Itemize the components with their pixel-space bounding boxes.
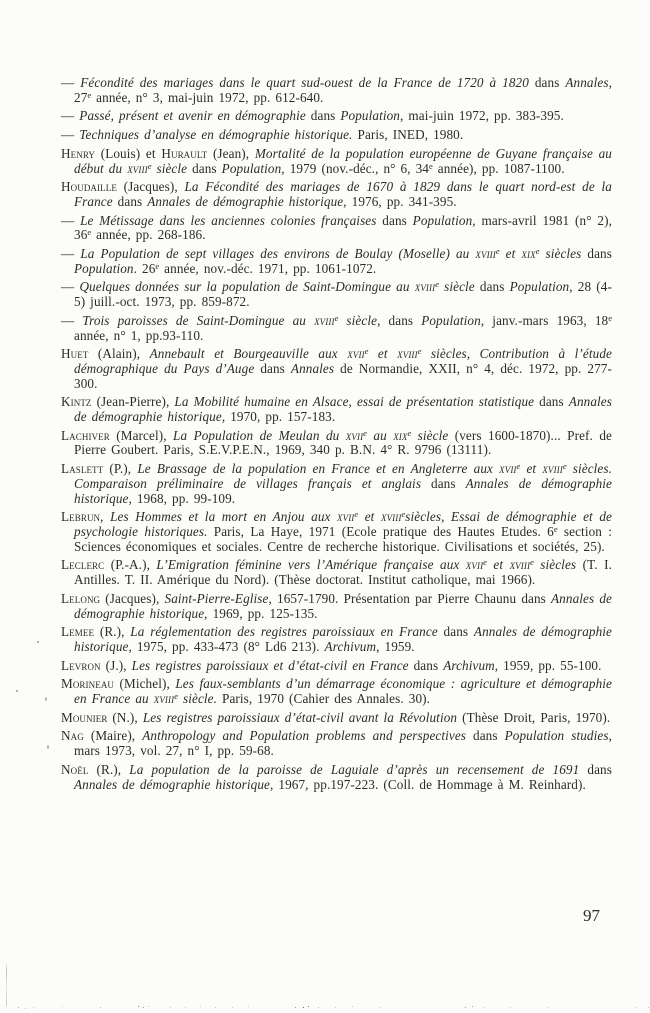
text-run: Nag <box>61 728 84 743</box>
text-run: Le Brassage de la population en France e… <box>137 461 499 476</box>
text-run: La réglementation des registres paroissi… <box>130 624 437 639</box>
text-run: e <box>365 346 369 356</box>
text-run: Population <box>222 161 282 176</box>
text-run: Techniques d’analyse en démographie hist… <box>79 127 352 142</box>
text-run: , dans <box>377 313 421 328</box>
text-run: , 1976, pp. 341-395. <box>343 194 456 209</box>
bibliography-entry: — La Population de sept villages des env… <box>61 247 612 276</box>
text-run: Population <box>74 261 134 276</box>
text-run: Paris, 1970 (Cahier des Annales. 30). <box>217 691 430 706</box>
text-run: (J.), <box>101 658 132 673</box>
text-run: Passé, présent et avenir en démographie <box>79 108 306 123</box>
text-run: Noël <box>61 762 88 777</box>
text-run: et <box>358 509 381 524</box>
text-run: , janv.-mars 1963, 18 <box>481 313 608 328</box>
bibliography-entry: — Trois paroisses de Saint-Domingue au x… <box>61 314 612 343</box>
text-run: — <box>61 108 79 123</box>
text-run: La Population de Meulan du <box>173 428 346 443</box>
bibliography-entry: Levron (J.), Les registres paroissiaux e… <box>61 659 612 674</box>
text-run: Les registres paroissiaux et d’état-civi… <box>132 658 409 673</box>
text-run: e <box>407 428 411 438</box>
text-run: xvii <box>466 557 483 572</box>
scanned-page: — Fécondité des mariages dans le quart s… <box>0 0 650 1013</box>
text-run: Annales <box>291 361 334 376</box>
text-run: xvii <box>346 428 363 443</box>
text-run: xix <box>521 246 535 261</box>
bibliography-entry: — Le Métissage dans les anciennes coloni… <box>61 214 612 243</box>
scan-speck <box>16 690 18 692</box>
text-run: xviii <box>154 691 175 706</box>
text-run: xviii <box>397 346 418 361</box>
bibliography-entry: Mounier (N.), Les registres paroissiaux … <box>61 711 612 726</box>
text-run: Trois paroisses de Saint-Domingue au <box>82 313 314 328</box>
text-run: dans <box>254 361 291 376</box>
text-run: Anthropology and Population problems and… <box>142 728 466 743</box>
text-run: siècle <box>439 279 475 294</box>
text-run: xviii <box>381 509 402 524</box>
text-run: xviii <box>542 461 563 476</box>
text-run: , 1969, pp. 125-135. <box>204 606 317 621</box>
text-run: Lachiver <box>61 428 110 443</box>
text-run: Leclerc <box>61 557 104 572</box>
bibliography-entry: Laslett (P.), Le Brassage de la populati… <box>61 462 612 506</box>
scan-speck <box>37 641 39 643</box>
text-run: xvii <box>499 461 516 476</box>
text-run: dans <box>475 279 510 294</box>
text-run: e <box>554 524 558 534</box>
text-run: siècle <box>411 428 448 443</box>
text-run: (Maire), <box>84 728 142 743</box>
text-run: e <box>483 557 487 567</box>
text-run: Le Métissage dans les anciennes colonies… <box>80 213 376 228</box>
text-run: Population <box>413 213 473 228</box>
text-run: et <box>487 557 510 572</box>
text-run: , 1657-1790. Présentation par Pierre Cha… <box>268 591 551 606</box>
text-run: et <box>500 246 522 261</box>
text-run: (Thèse Droit, Paris, 1970). <box>457 710 610 725</box>
text-run: . 26 <box>134 261 156 276</box>
text-run: , 1968, pp. 99-109. <box>128 491 235 506</box>
text-run: Les Hommes et la mort en Anjou aux <box>110 509 337 524</box>
text-run: Annales <box>565 75 608 90</box>
text-run: — <box>61 75 80 90</box>
text-run: année, pp. 268-186. <box>91 227 205 242</box>
text-run: Population <box>510 279 570 294</box>
text-run: (Marcel), <box>110 428 173 443</box>
bibliography-entry: Lebrun, Les Hommes et la mort en Anjou a… <box>61 510 612 554</box>
text-run: année, nov.-déc. 1971, pp. 1061-1072. <box>159 261 376 276</box>
page-number: 97 <box>583 906 600 926</box>
text-run: La Mobilité humaine en Alsace, essai de … <box>174 394 534 409</box>
text-run: Annales de démographie historique <box>147 194 343 209</box>
text-run: Henry <box>61 146 95 161</box>
text-run: Saint-Pierre-Eglise <box>165 591 269 606</box>
text-run: L’Emigration féminine vers l’Amérique fr… <box>156 557 465 572</box>
text-run: Mounier <box>61 710 107 725</box>
text-run: dans <box>421 476 466 491</box>
text-run: , <box>100 509 110 524</box>
text-run: siècle <box>151 161 187 176</box>
bibliography-entry: Leclerc (P.-A.), L’Emigration féminine v… <box>61 558 612 587</box>
text-run: Population studies <box>505 728 609 743</box>
text-run: Fécondité des mariages dans le quart sud… <box>80 75 529 90</box>
text-run: , 1967, pp.197-223. (Coll. de Hommage à … <box>270 777 586 792</box>
text-run: e <box>418 346 422 356</box>
text-run: (Louis) et <box>95 146 161 161</box>
scan-speck <box>45 697 47 701</box>
text-run: au <box>367 428 393 443</box>
text-run: (P.-A.), <box>104 557 156 572</box>
bibliography-entry: Huet (Alain), Annebault et Bourgeauville… <box>61 347 612 391</box>
text-run: (Jacques), <box>100 591 164 606</box>
text-run: e <box>335 313 339 323</box>
text-run: Lelong <box>61 591 100 606</box>
bibliography-entry: Noël (R.), La population de la paroisse … <box>61 763 612 792</box>
text-run: Annales de démographie historique <box>74 777 270 792</box>
text-run: e <box>517 461 521 471</box>
text-run: dans <box>187 161 222 176</box>
text-run: Paris, INED, 1980. <box>353 127 464 142</box>
bibliography-entry: — Fécondité des mariages dans le quart s… <box>61 76 612 105</box>
scan-bottom-noise <box>0 1005 1 1006</box>
text-run: , 1970, pp. 157-183. <box>222 409 335 424</box>
text-run: dans <box>581 246 617 261</box>
text-run: dans <box>534 394 569 409</box>
text-run: dans <box>113 194 148 209</box>
text-run: Laslett <box>61 461 103 476</box>
text-run: — <box>61 279 79 294</box>
text-run: , 1959, pp. 55-100. <box>495 658 602 673</box>
text-run: Annebault et Bourgeauville aux <box>150 346 348 361</box>
bibliography-entry: — Quelques données sur la population de … <box>61 280 612 309</box>
text-run: Hurault <box>161 146 207 161</box>
text-run: dans <box>579 762 617 777</box>
text-run: e <box>429 161 433 171</box>
text-run: e <box>530 557 534 567</box>
text-run: Archivum <box>443 658 495 673</box>
text-run: (Jacques), <box>117 179 185 194</box>
text-run: Kintz <box>61 394 92 409</box>
text-run: e <box>155 261 159 271</box>
text-run: — <box>61 213 80 228</box>
text-run: Les registres paroissiaux d’état-civil a… <box>143 710 457 725</box>
text-run: Archivum <box>325 639 377 654</box>
text-run: Levron <box>61 658 101 673</box>
text-run: e <box>87 227 91 237</box>
bibliography-entry: Houdaille (Jacques), La Fécondité des ma… <box>61 180 612 209</box>
text-run: e <box>87 90 91 100</box>
text-run: xvii <box>347 346 364 361</box>
text-run: — <box>61 246 80 261</box>
text-run: Houdaille <box>61 179 117 194</box>
text-run: , 1979 (nov.-déc., n° 6, 34 <box>281 161 429 176</box>
text-run: année), pp. 1087-1100. <box>433 161 565 176</box>
bibliography-entry: Nag (Maire), Anthropology and Population… <box>61 729 612 758</box>
text-run: (R.), <box>94 624 130 639</box>
text-run: (Michel), <box>114 676 175 691</box>
text-run: dans <box>306 108 341 123</box>
bibliography-entry: — Techniques d’analyse en démographie hi… <box>61 128 612 143</box>
bibliography-entry: Lelong (Jacques), Saint-Pierre-Eglise, 1… <box>61 592 612 621</box>
text-run: , 1959. <box>376 639 415 654</box>
text-run: siècle. <box>178 691 217 706</box>
text-run: siècle <box>338 313 377 328</box>
text-run: xvii <box>337 509 354 524</box>
text-run: , 1975, pp. 433-473 (8° Ld6 213). <box>128 639 324 654</box>
text-run: Population <box>421 313 481 328</box>
text-run: dans <box>409 658 444 673</box>
text-run: e <box>174 691 178 701</box>
text-run: xviii <box>127 161 148 176</box>
text-run: e <box>401 509 405 519</box>
text-run: e <box>496 246 500 256</box>
text-run: siècles <box>540 246 582 261</box>
text-run: e <box>536 246 540 256</box>
text-run: xviii <box>314 313 335 328</box>
text-run: La population de la paroisse de Laguiale… <box>129 762 579 777</box>
text-run: (R.), <box>88 762 129 777</box>
text-run: Lebrun <box>61 509 100 524</box>
text-run: — <box>61 127 79 142</box>
scan-speck <box>47 745 49 749</box>
text-run: dans <box>377 213 413 228</box>
text-run: dans <box>466 728 505 743</box>
text-run: e <box>363 428 367 438</box>
text-run: siècles <box>534 557 576 572</box>
text-run: (Jean-Pierre), <box>92 394 175 409</box>
scan-edge-artifact <box>6 962 7 1006</box>
text-run: (N.), <box>107 710 142 725</box>
text-run: Quelques données sur la population de Sa… <box>79 279 414 294</box>
text-run: (P.), <box>103 461 137 476</box>
bibliography-entry: Lachiver (Marcel), La Population de Meul… <box>61 429 612 458</box>
text-run: et <box>520 461 542 476</box>
text-run: , mai-juin 1972, pp. 383-395. <box>400 108 564 123</box>
text-run: e <box>148 161 152 171</box>
text-run: e <box>608 313 612 323</box>
text-run: Morineau <box>61 676 114 691</box>
text-run: (Alain), <box>88 346 149 361</box>
text-run: dans <box>529 75 565 90</box>
bibliography-entry: — Passé, présent et avenir en démographi… <box>61 109 612 124</box>
text-run: xix <box>393 428 407 443</box>
text-run: e <box>563 461 567 471</box>
bibliography-entry: Lemee (R.), La réglementation des regist… <box>61 625 612 654</box>
bibliography-entry: Henry (Louis) et Hurault (Jean), Mortali… <box>61 147 612 176</box>
text-run: et <box>368 346 397 361</box>
text-run: xviii <box>415 279 436 294</box>
text-run: e <box>354 509 358 519</box>
text-run: — <box>61 313 82 328</box>
text-run: Huet <box>61 346 88 361</box>
bibliography-list: — Fécondité des mariages dans le quart s… <box>61 76 612 796</box>
text-run: xviii <box>475 246 496 261</box>
text-run: Lemee <box>61 624 94 639</box>
bibliography-entry: Morineau (Michel), Les faux-semblants d’… <box>61 677 612 706</box>
text-run: (Jean), <box>207 146 255 161</box>
text-run: e <box>435 279 439 289</box>
text-run: xviii <box>510 557 531 572</box>
text-run: La Population de sept villages des envir… <box>80 246 475 261</box>
text-run: dans <box>438 624 474 639</box>
text-run: Paris, La Haye, 1971 (Ecole pratique des… <box>208 524 554 539</box>
text-run: Population <box>340 108 400 123</box>
text-run: année, n° 3, mai-juin 1972, pp. 612-640. <box>91 90 323 105</box>
bibliography-entry: Kintz (Jean-Pierre), La Mobilité humaine… <box>61 395 612 424</box>
